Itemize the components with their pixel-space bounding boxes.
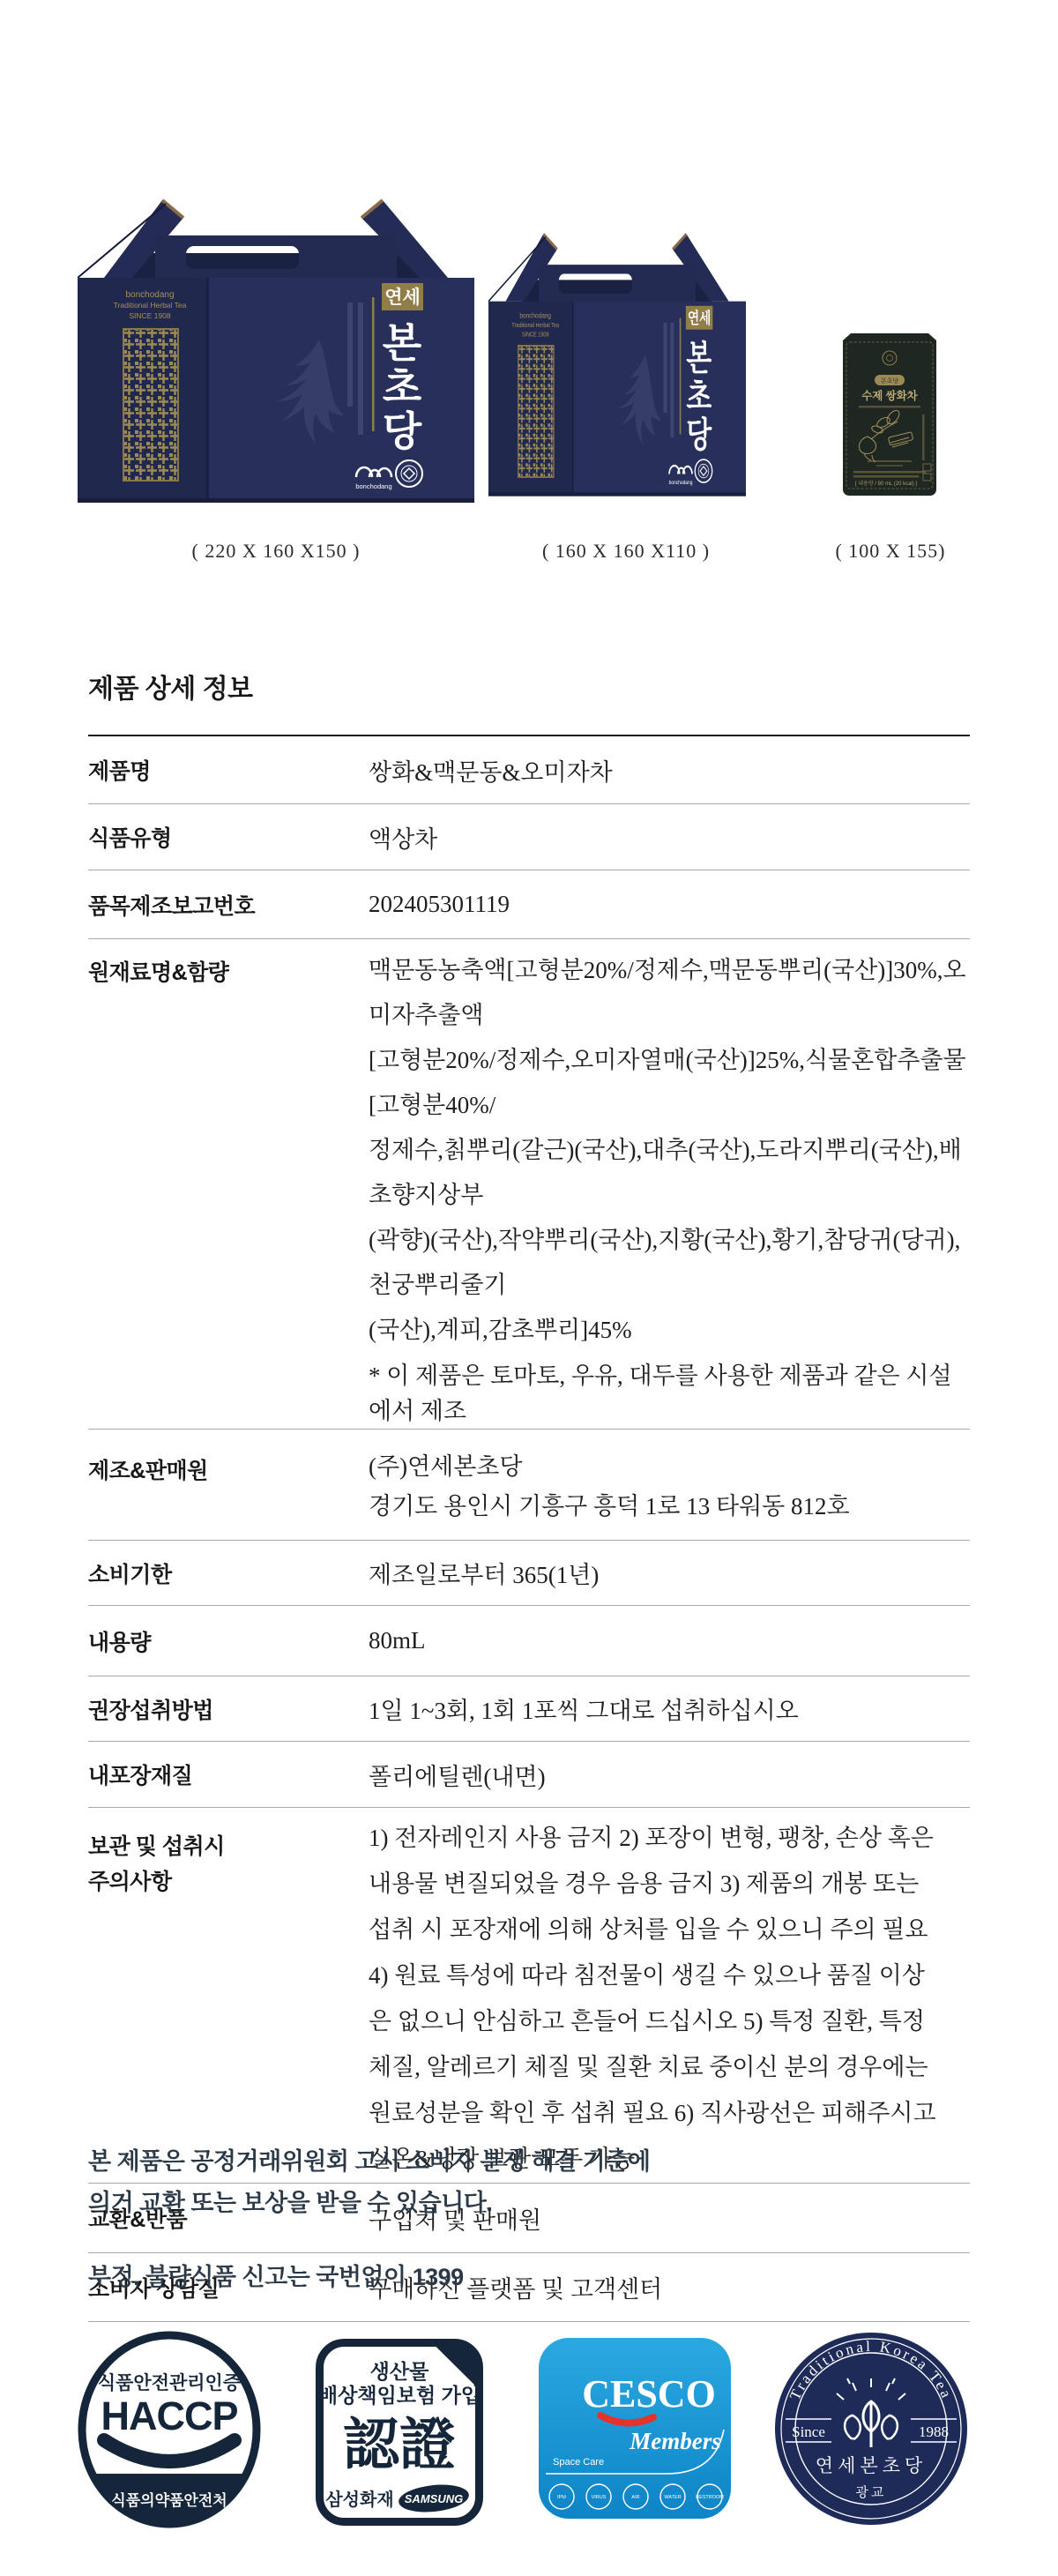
table-row-manufacturer: 제조&판매원 (주)연세본초당 경기도 용인시 기흥구 흥덕 1로 13 타워동… [88,1430,970,1541]
product-detail-image: bonchodang Traditional Herbal Tea SINCE … [0,0,1058,2576]
cesco-members-badge-icon: CESCO Members Space Care IPM VIRUS AIR W… [539,2338,731,2519]
svg-text:연세본초당: 연세본초당 [816,2455,927,2476]
food-report-hotline: 부정, 불량식품 신고는 국번없이 1399 [88,2258,464,2292]
svg-text:SAMSUNG: SAMSUNG [405,2492,463,2505]
table-row-food-type: 식품유형 액상차 [88,804,970,870]
svg-text:AIR: AIR [631,2495,639,2500]
product-photo-gift-box-large [78,190,474,507]
pouch-content-label: [ 내용량 / 80 mL (20 kcal) ] [855,480,918,487]
size-caption-large: ( 220 X 160 X150 ) [144,540,408,563]
svg-text:IPM: IPM [557,2495,566,2500]
table-row-ingredients: 원재료명&함량 맥문동농축액[고형분20%/정제수,맥문동뿌리(국산)]30%,… [88,939,970,1430]
allergen-note: * 이 제품은 토마토, 우유, 대두를 사용한 제품과 같은 시설에서 제조 [369,1353,970,1429]
table-row-storage-precautions: 보관 및 섭취시 주의사항 1) 전자레인지 사용 금지 2) 포장이 변형, … [88,1808,970,2184]
svg-text:Space Care: Space Care [553,2457,604,2468]
traditional-korea-tea-seal-icon: Traditional Korea Tea Since 1988 연세본초당 광… [775,2333,967,2525]
table-row-report-number: 품목제조보고번호 202405301119 [88,870,970,939]
spec-table: 제품명 쌍화&맥문동&오미자차 식품유형 액상차 품목제조보고번호 202405… [88,735,970,2322]
consumer-dispute-notice: 본 제품은 공정거래위원회 고시 소비자 분쟁 해결 기준에 의거 교환 또는 … [88,2141,650,2224]
svg-text:배상책임보험 가입: 배상책임보험 가입 [318,2384,481,2407]
product-photo-pouch: 본초당 수제 쌍화차 [ 내용량 / 80 mL (20 kcal) ] [838,332,942,499]
svg-text:WATER: WATER [664,2495,681,2500]
page-title: 제품 상세 정보 [88,667,253,706]
svg-text:1988: 1988 [919,2423,949,2440]
svg-text:RESTROOM: RESTROOM [696,2495,724,2500]
haccp-badge-icon: 식품안전관리인증 HACCP 식품의약품안전처 [78,2331,261,2528]
svg-text:VIRUS: VIRUS [592,2495,607,2500]
svg-text:광교: 광교 [856,2484,887,2500]
table-row-product-name: 제품명 쌍화&맥문동&오미자차 [88,736,970,804]
svg-text:HACCP: HACCP [101,2393,237,2438]
svg-text:CESCO: CESCO [582,2372,716,2415]
svg-text:식품안전관리인증: 식품안전관리인증 [98,2372,242,2393]
svg-text:Members: Members [629,2428,721,2454]
svg-text:認證: 認證 [343,2413,456,2476]
svg-text:삼성화재: 삼성화재 [325,2489,393,2510]
product-liability-insurance-badge-icon: 생산물 배상책임보험 가입 認證 삼성화재 SAMSUNG [316,2339,483,2526]
product-photo-gift-box-medium [488,225,746,500]
svg-text:생산물: 생산물 [370,2360,429,2383]
size-caption-pouch: ( 100 X 155) [758,540,1023,563]
pouch-title: 수제 쌍화차 [861,389,918,402]
table-row-net-content: 내용량 80mL [88,1606,970,1676]
svg-text:Since: Since [792,2423,825,2440]
table-row-packaging-material: 내포장재질 폴리에틸렌(내면) [88,1742,970,1808]
svg-text:식품의약품안전처: 식품의약품안전처 [111,2491,227,2509]
size-caption-medium: ( 160 X 160 X110 ) [494,540,758,563]
table-row-intake-method: 권장섭취방법 1일 1~3회, 1회 1포씩 그대로 섭취하십시오 [88,1676,970,1742]
table-row-shelf-life: 소비기한 제조일로부터 365(1년) [88,1541,970,1606]
pouch-badge-label: 본초당 [881,377,899,385]
